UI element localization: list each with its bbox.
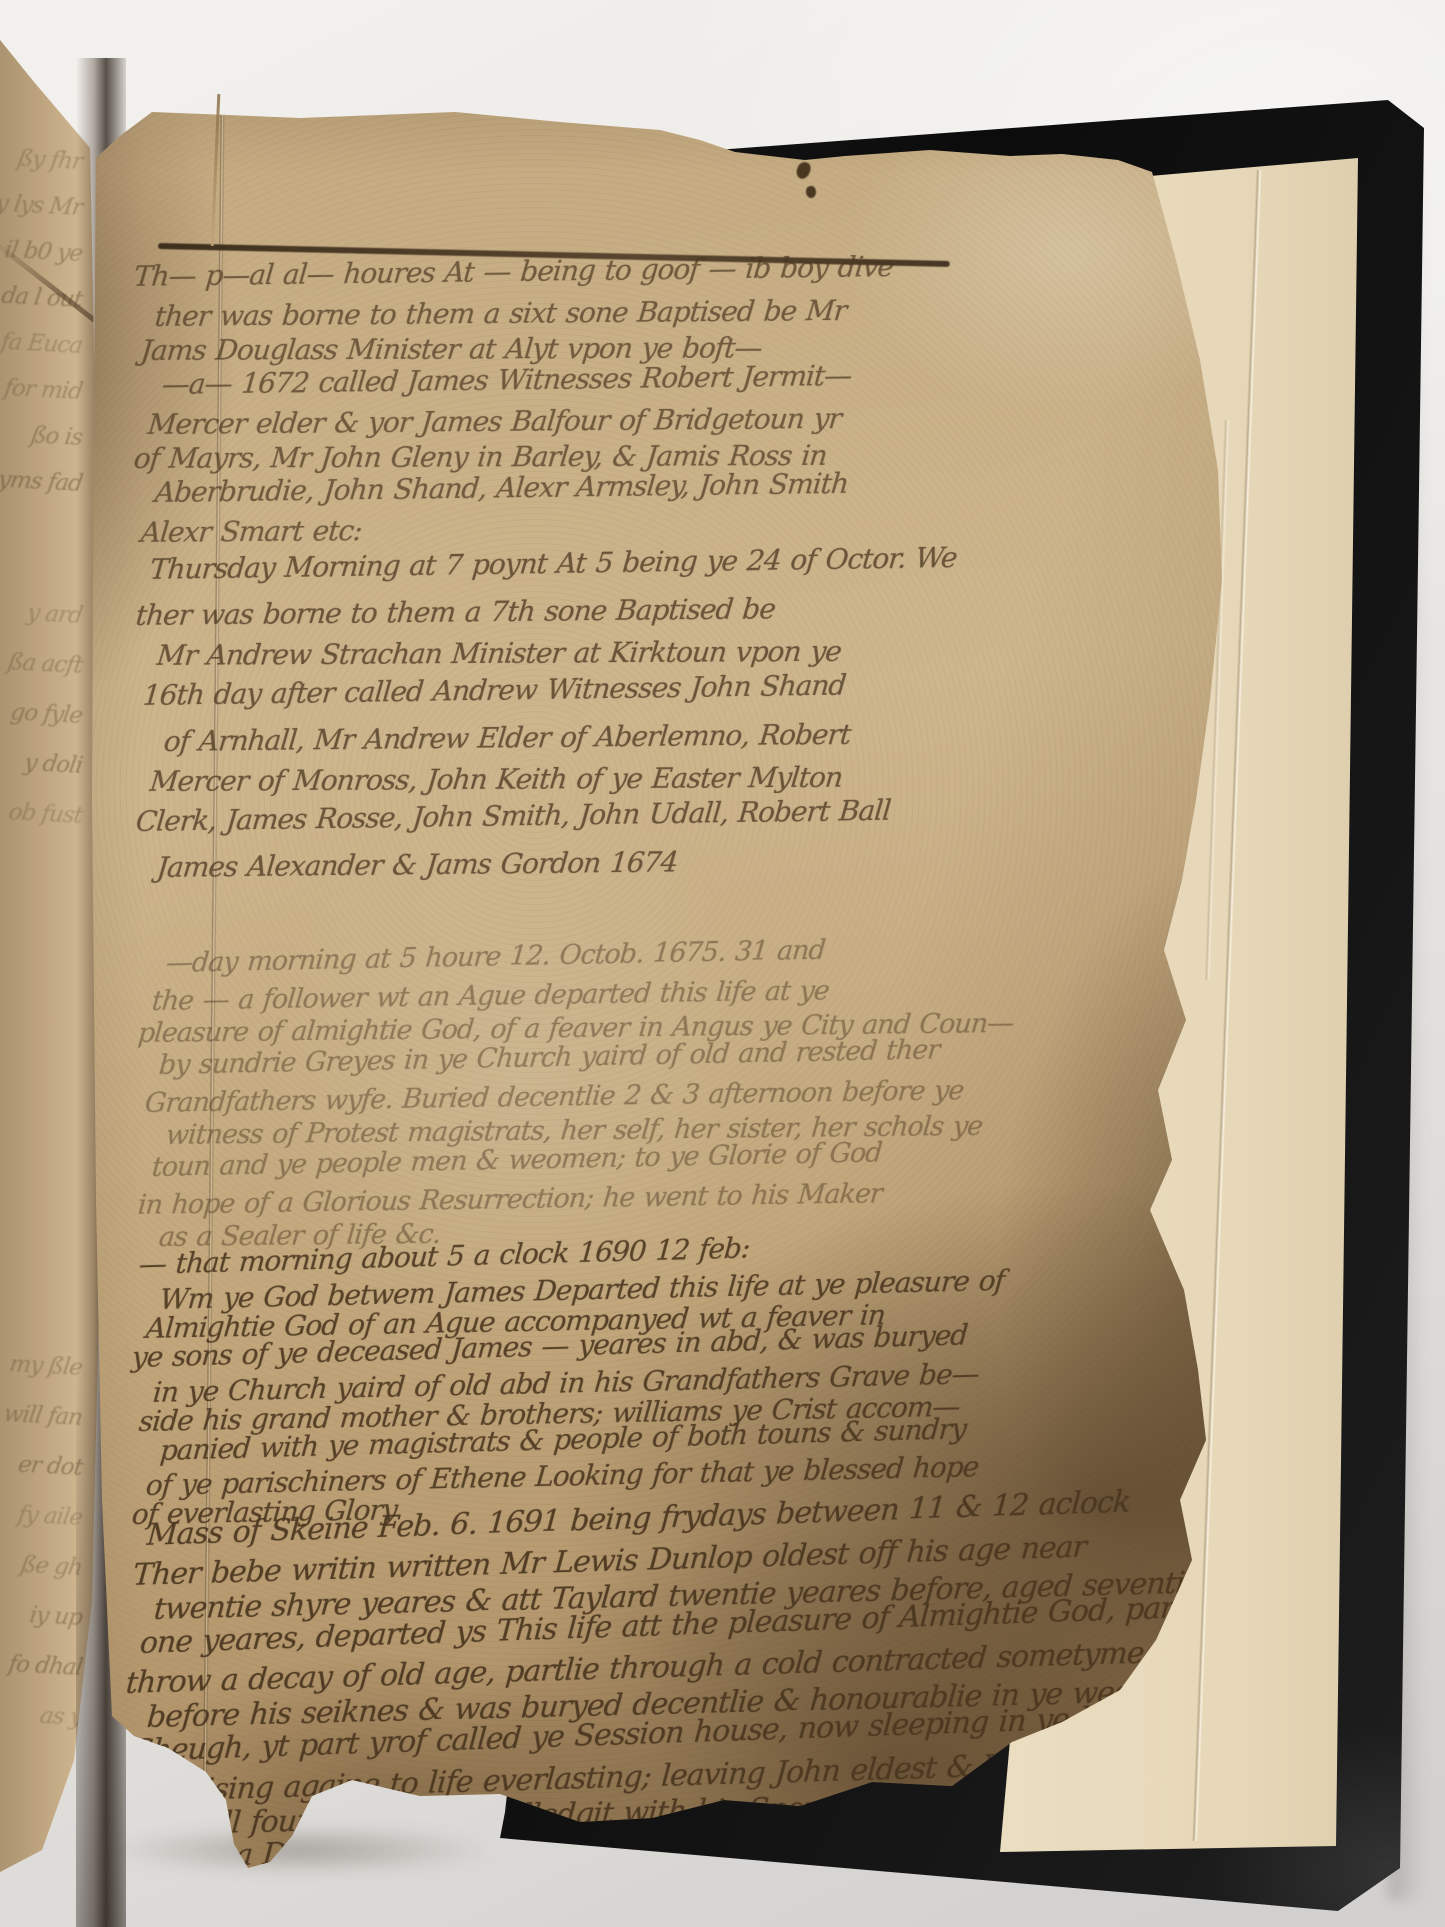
manuscript-line: Alexr Smart etc:: [139, 514, 363, 549]
left-page-line: ßy fhr: [0, 143, 84, 175]
left-page-line: ob fust: [0, 797, 84, 829]
left-page-line: my ßle: [0, 1349, 84, 1381]
left-page-line: y ard: [0, 597, 84, 629]
manuscript-line: James Alexander & Jams Gordon 1674: [155, 846, 679, 884]
left-page-line: ßo is: [0, 419, 84, 451]
left-page-line: y lys Mr: [0, 189, 84, 221]
manuscript-line: Mr Andrew Strachan Minister at Kirktoun …: [155, 635, 842, 672]
left-page-line: er dot: [0, 1449, 84, 1481]
manuscript-line: —day morning at 5 houre 12. Octob. 1675.…: [165, 935, 826, 979]
left-page-line: ßa acft: [0, 647, 84, 679]
manuscript-line: Clerk, James Rosse, John Smith, John Uda…: [135, 794, 892, 838]
left-page-line: as y: [0, 1699, 84, 1731]
manuscript-line: ther was borne to them a sixt sone Bapti…: [153, 294, 847, 333]
manuscript-line: in hope of a Glorious Resurrection; he w…: [137, 1178, 884, 1221]
left-page-line: for mid: [0, 373, 84, 405]
left-page-line: fo dhal: [0, 1649, 84, 1681]
left-page-line: fy aile: [0, 1499, 84, 1531]
left-page-line: da l out: [0, 281, 84, 313]
manuscript-line: ther was borne to them a 7th sone Baptis…: [134, 592, 776, 632]
left-page-line: s il b0 ye: [0, 235, 84, 267]
manuscript-line: Th— p—al al— houres At — being to goof —…: [132, 250, 894, 293]
left-page-line: go fyle: [0, 697, 84, 729]
photo-scene: ßy fhry lys Mrs il b0 yeda l outfa Eucaf…: [0, 0, 1445, 1927]
manuscript-line: Mercer elder & yor James Balfour of Brid…: [146, 402, 842, 441]
left-page-line: fa Euca: [0, 327, 84, 359]
left-page-line: will fan: [0, 1399, 84, 1431]
left-page-line: ße gh: [0, 1549, 84, 1581]
manuscript-line: 16th day after called Andrew Witnesses J…: [142, 669, 847, 712]
left-page-line: y doli: [0, 747, 84, 779]
left-page-line: yms fad: [0, 465, 84, 497]
manuscript-line: Mercer of Monross, John Keith of ye East…: [148, 761, 843, 798]
left-page-line: iy up: [0, 1599, 84, 1631]
manuscript-line: of Arnhall, Mr Andrew Elder of Aberlemno…: [162, 718, 851, 758]
